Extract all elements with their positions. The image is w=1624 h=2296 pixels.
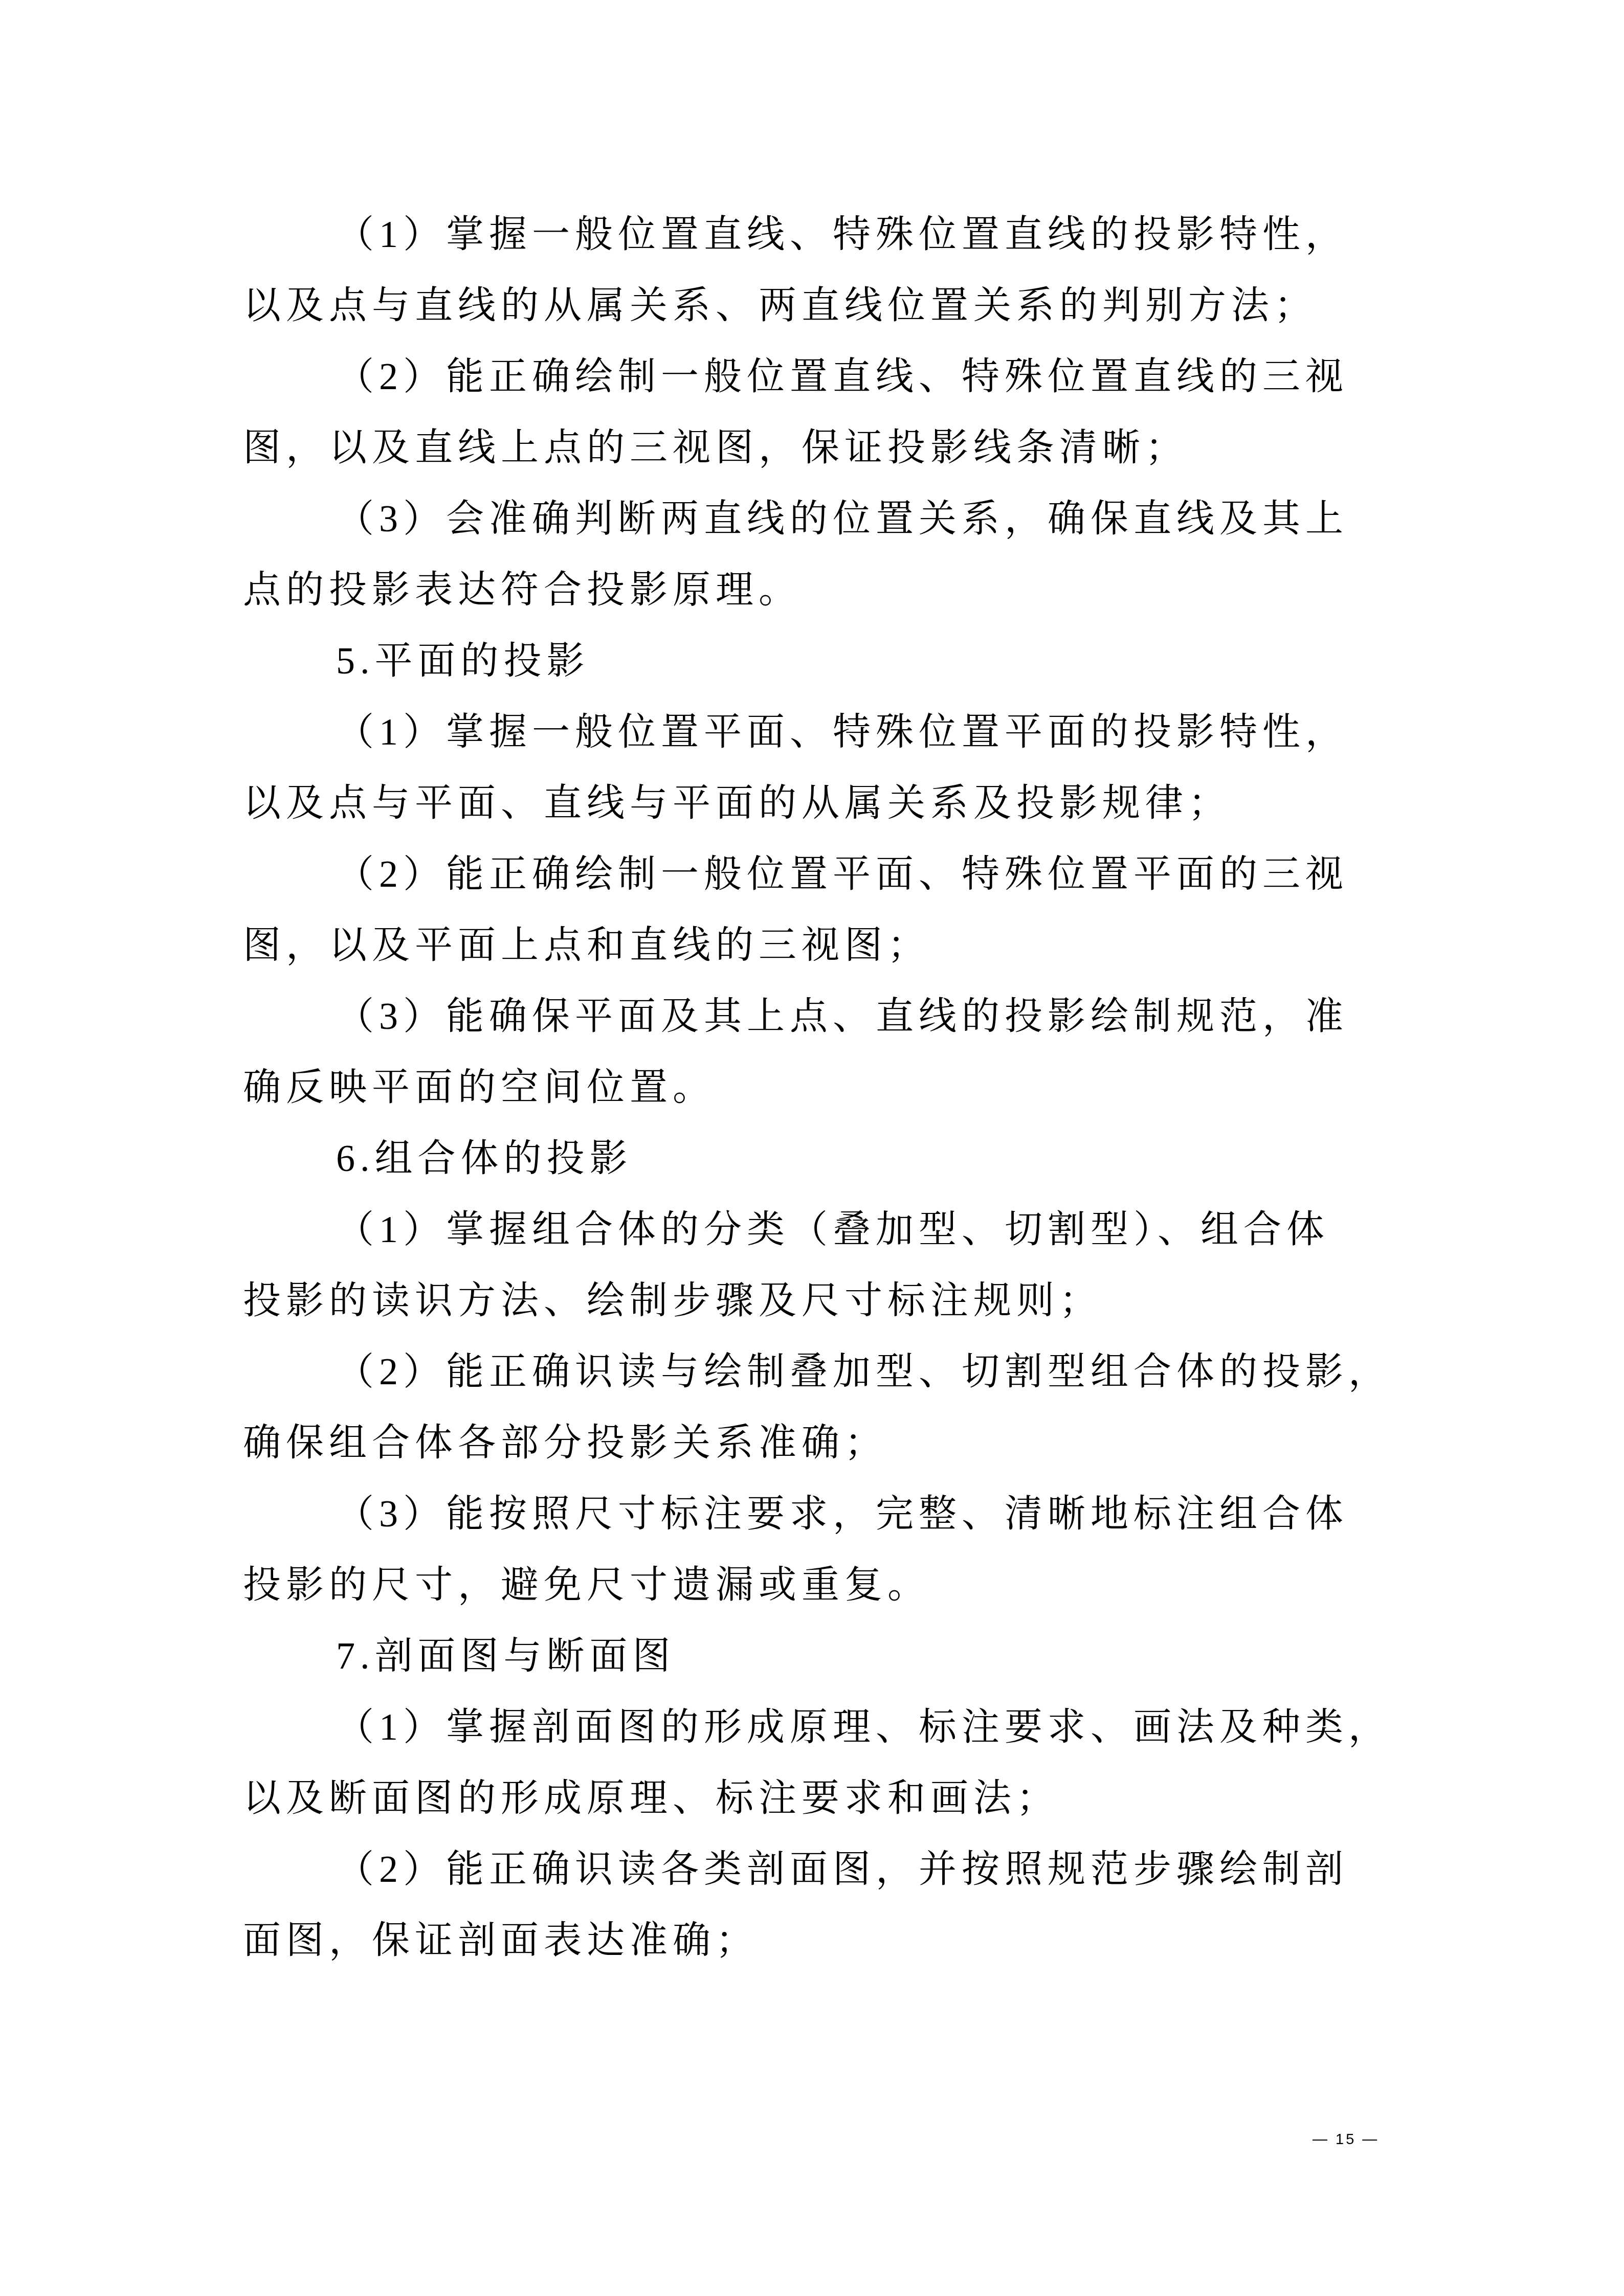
text-line: （3）会准确判断两直线的位置关系，确保直线及其上 [243,484,1481,555]
text-line: 图，以及直线上点的三视图，保证投影线条清晰； [243,413,1481,484]
section-heading: 6.组合体的投影 [243,1123,1481,1195]
text-line: 以及点与平面、直线与平面的从属关系及投影规律； [243,768,1481,839]
text-line: 面图，保证剖面表达准确； [243,1905,1481,1976]
section-heading: 5.平面的投影 [243,626,1481,697]
text-line: （1）掌握一般位置平面、特殊位置平面的投影特性， [243,697,1481,768]
text-line: 点的投影表达符合投影原理。 [243,555,1481,626]
page-number: — 15 — [1312,2131,1379,2148]
text-line: 确保组合体各部分投影关系准确； [243,1408,1481,1479]
text-line: （2）能正确识读各类剖面图，并按照规范步骤绘制剖 [243,1834,1481,1905]
text-line: （2）能正确绘制一般位置平面、特殊位置平面的三视 [243,839,1481,910]
document-body: （1）掌握一般位置直线、特殊位置直线的投影特性， 以及点与直线的从属关系、两直线… [243,199,1481,1976]
text-line: （1）掌握剖面图的形成原理、标注要求、画法及种类， [243,1692,1481,1763]
text-line: 确反映平面的空间位置。 [243,1052,1481,1123]
text-line: 以及断面图的形成原理、标注要求和画法； [243,1763,1481,1834]
text-line: 图，以及平面上点和直线的三视图； [243,910,1481,981]
section-heading: 7.剖面图与断面图 [243,1621,1481,1692]
document-page: （1）掌握一般位置直线、特殊位置直线的投影特性， 以及点与直线的从属关系、两直线… [0,0,1624,2296]
text-line: （1）掌握一般位置直线、特殊位置直线的投影特性， [243,199,1481,271]
text-line: （3）能确保平面及其上点、直线的投影绘制规范，准 [243,981,1481,1052]
text-line: 以及点与直线的从属关系、两直线位置关系的判别方法； [243,271,1481,342]
text-line: （2）能正确识读与绘制叠加型、切割型组合体的投影， [243,1337,1481,1408]
text-line: （3）能按照尺寸标注要求，完整、清晰地标注组合体 [243,1479,1481,1550]
text-line: 投影的读识方法、绘制步骤及尺寸标注规则； [243,1266,1481,1337]
text-line: 投影的尺寸，避免尺寸遗漏或重复。 [243,1550,1481,1621]
text-line: （1）掌握组合体的分类（叠加型、切割型）、组合体 [243,1195,1481,1266]
text-line: （2）能正确绘制一般位置直线、特殊位置直线的三视 [243,342,1481,413]
